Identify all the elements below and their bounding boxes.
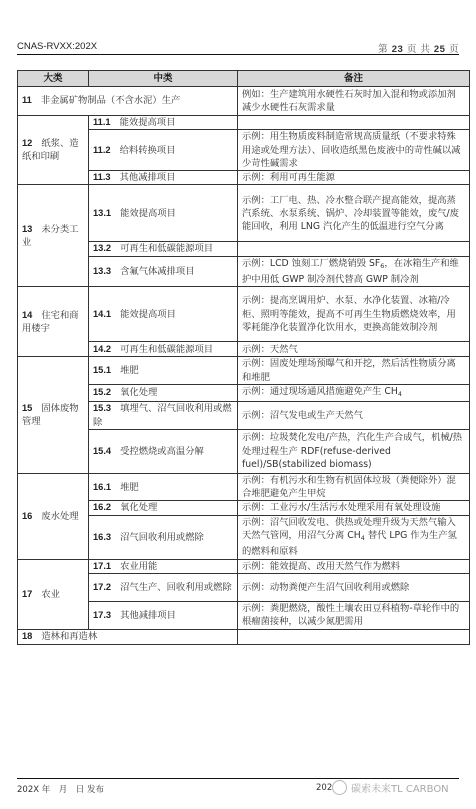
footer-right-text: 202	[316, 783, 332, 793]
watermark-text: 碳索未来TL CARBON	[351, 780, 449, 795]
category-cell: 18造林和再造林	[18, 629, 238, 644]
note-cell: 示例：固废处理场预曝气和开挖，然后活性物质分离和堆肥	[238, 357, 470, 385]
subcategory-label: 给料转换项目	[120, 145, 176, 156]
category-label: 废水处理	[41, 511, 78, 522]
document-id: CNAS-RVXX:202X	[17, 41, 97, 52]
subcategory-number: 13.2	[93, 243, 111, 253]
note-cell: 示例：工业污水/生活污水处理采用有氧处理设施	[238, 501, 470, 515]
column-header-middle: 中类	[89, 71, 238, 87]
table-row: 17农业 17.1农业用能 示例：能效提高、改用天然气作为燃料	[18, 559, 470, 573]
subcategory-label: 受控燃烧或高温分解	[120, 446, 204, 457]
category-label: 农业	[41, 589, 60, 600]
subcategory-cell: 16.3沼气回收利用或燃除	[89, 515, 238, 559]
note-cell: 例如：生产建筑用水硬性石灰时加入混和物或添加剂减少水硬性石灰需求量	[238, 87, 470, 116]
subcategory-number: 17.1	[93, 561, 111, 571]
subcategory-label: 能效提高项目	[120, 208, 176, 219]
subcategory-number: 16.3	[93, 532, 111, 542]
subcategory-cell: 17.3其他减排项目	[89, 601, 238, 629]
subcategory-label: 可再生和低碳能源项目	[120, 243, 213, 254]
subcategory-number: 17.2	[93, 582, 111, 592]
category-cell: 17农业	[18, 559, 89, 629]
subcategory-label: 可再生和低碳能源项目	[120, 344, 213, 355]
column-header-note: 备注	[238, 71, 470, 87]
category-number: 17	[22, 589, 32, 599]
subcategory-cell: 14.1能效提高项目	[89, 287, 238, 342]
note-cell: 示例：利用可再生能源	[238, 171, 470, 185]
subcategory-label: 农业用能	[120, 561, 157, 572]
category-number: 12	[22, 138, 32, 148]
subcategory-number: 14.2	[93, 344, 111, 354]
page-indicator: 第 23 页 共 25 页	[378, 41, 459, 55]
category-cell: 11非金属矿物制品（不含水泥）生产	[18, 87, 238, 116]
note-cell: 示例：沼气回收发电、供热或处理升级为天然气输入天然气管网，用沼气分离 CH4 替…	[238, 515, 470, 559]
note-cell: 示例：垃圾焚化发电/产热，汽化生产合成气，机械/热处理过程生产 RDF(refu…	[238, 429, 470, 473]
subcategory-cell: 17.2沼气生产、回收利用或燃除	[89, 573, 238, 601]
subcategory-number: 14.1	[93, 309, 111, 319]
subcategory-number: 15.4	[93, 446, 111, 456]
note-cell: 示例：能效提高、改用天然气作为燃料	[238, 559, 470, 573]
subcategory-number: 11.2	[93, 145, 111, 155]
subcategory-cell: 13.3含氟气体减排项目	[89, 256, 238, 287]
subcategory-number: 11.1	[93, 117, 111, 127]
subcategory-number: 13.3	[93, 266, 111, 276]
subcategory-number: 16.2	[93, 502, 111, 512]
subcategory-label: 氧化处理	[120, 502, 157, 513]
category-number: 18	[22, 631, 32, 641]
category-number: 16	[22, 511, 32, 521]
note-cell	[238, 242, 470, 256]
category-label: 非金属矿物制品（不含水泥）生产	[41, 95, 180, 106]
category-cell: 14住宅和商用楼宇	[18, 287, 89, 357]
subcategory-label: 氧化处理	[120, 387, 157, 398]
table-header-row: 大类 中类 备注	[18, 71, 470, 87]
subcategory-label: 沼气回收利用或燃除	[120, 532, 204, 543]
table-row: 12纸浆、造纸和印刷 11.1能效提高项目	[18, 116, 470, 130]
subcategory-number: 15.1	[93, 365, 111, 375]
subcategory-number: 17.3	[93, 610, 111, 620]
category-cell: 12纸浆、造纸和印刷	[18, 116, 89, 185]
subcategory-cell: 15.3填埋气、沼气回收利用或燃除	[89, 402, 238, 430]
subcategory-cell: 11.1能效提高项目	[89, 116, 238, 130]
subcategory-label: 沼气生产、回收利用或燃除	[120, 582, 232, 593]
header-rule	[17, 54, 459, 55]
subcategory-label: 能效提高项目	[120, 309, 176, 320]
category-cell: 16废水处理	[18, 473, 89, 559]
table-row: 15固体废物管理 15.1堆肥 示例：固废处理场预曝气和开挖，然后活性物质分离和…	[18, 357, 470, 385]
footer-rule	[17, 778, 459, 779]
subcategory-cell: 16.1堆肥	[89, 473, 238, 501]
table-row: 16废水处理 16.1堆肥 示例：有机污水和生物有机固体垃圾（粪便除外）混合堆肥…	[18, 473, 470, 501]
subcategory-cell: 13.2可再生和低碳能源项目	[89, 242, 238, 256]
subcategory-label: 堆肥	[120, 482, 139, 493]
table-row: 14住宅和商用楼宇 14.1能效提高项目 示例：提高烹调用炉、水泵、水净化装置、…	[18, 287, 470, 342]
subcategory-label: 能效提高项目	[120, 117, 176, 128]
wechat-icon	[332, 780, 347, 795]
subcategory-cell: 14.2可再生和低碳能源项目	[89, 342, 238, 357]
category-number: 14	[22, 310, 32, 320]
note-text: 示例：通过现场通风措施避免产生 CH	[242, 386, 398, 397]
watermark: 碳索未来TL CARBON	[332, 780, 449, 795]
note-cell: 示例：天然气	[238, 342, 470, 357]
category-number: 11	[22, 95, 32, 105]
note-cell	[238, 116, 470, 130]
subcategory-label: 填埋气、沼气回收利用或燃除	[93, 403, 232, 427]
publish-date: 202X 年 月 日 发布	[17, 783, 104, 795]
note-cell: 示例：用生物质废料制造常规高质量纸（不要求特殊用途或处理方法）、回收造纸黑色废液…	[238, 130, 470, 171]
subcategory-number: 15.3	[93, 403, 111, 413]
category-number: 15	[22, 403, 32, 413]
note-cell: 示例：通过现场通风措施避免产生 CH4	[238, 384, 470, 401]
subcategory-cell: 15.2氧化处理	[89, 384, 238, 401]
note-text: 示例：LCD 蚀刻工厂燃烧销毁 SF	[242, 258, 380, 269]
note-cell: 示例：提高烹调用炉、水泵、水净化装置、冰箱/冷柜、照明等能效，提高不可再生生物质…	[238, 287, 470, 342]
table-row: 11非金属矿物制品（不含水泥）生产 例如：生产建筑用水硬性石灰时加入混和物或添加…	[18, 87, 470, 116]
subcategory-label: 其他减排项目	[120, 172, 176, 183]
table-row: 18造林和再造林	[18, 629, 470, 644]
classification-table: 大类 中类 备注 11非金属矿物制品（不含水泥）生产 例如：生产建筑用水硬性石灰…	[17, 70, 470, 645]
note-cell: 示例：粪肥燃烧，酸性土壤农田豆科植物-草轮作中的根瘤菌接种，以减少氮肥需用	[238, 601, 470, 629]
note-subscript: 4	[398, 390, 402, 398]
subcategory-number: 16.1	[93, 482, 111, 492]
category-cell: 15固体废物管理	[18, 357, 89, 473]
category-cell: 13未分类工业	[18, 185, 89, 287]
subcategory-number: 15.2	[93, 387, 111, 397]
subcategory-label: 堆肥	[120, 365, 139, 376]
subcategory-cell: 15.1堆肥	[89, 357, 238, 385]
subcategory-cell: 11.3其他减排项目	[89, 171, 238, 185]
subcategory-cell: 17.1农业用能	[89, 559, 238, 573]
note-cell: 示例：LCD 蚀刻工厂燃烧销毁 SF6，在冰箱生产和维护中用低 GWP 制冷剂代…	[238, 256, 470, 287]
note-cell: 示例：工厂电、热、冷水整合联产提高能效，提高蒸汽系统、水泵系统、锅炉、冷却装置等…	[238, 185, 470, 242]
note-cell: 示例：有机污水和生物有机固体垃圾（粪便除外）混合堆肥避免产生甲烷	[238, 473, 470, 501]
subcategory-cell: 16.2氧化处理	[89, 501, 238, 515]
subcategory-label: 含氟气体减排项目	[120, 266, 194, 277]
column-header-major: 大类	[18, 71, 89, 87]
subcategory-number: 11.3	[93, 172, 111, 182]
subcategory-cell: 13.1能效提高项目	[89, 185, 238, 242]
subcategory-label: 其他减排项目	[120, 610, 176, 621]
subcategory-cell: 15.4受控燃烧或高温分解	[89, 429, 238, 473]
category-label: 造林和再造林	[41, 631, 97, 642]
subcategory-number: 13.1	[93, 208, 111, 218]
note-cell: 示例：沼气发电或生产天然气	[238, 402, 470, 430]
note-cell: 示例：动物粪便产生沼气回收利用或燃除	[238, 573, 470, 601]
table-row: 13未分类工业 13.1能效提高项目 示例：工厂电、热、冷水整合联产提高能效，提…	[18, 185, 470, 242]
note-cell	[238, 629, 470, 644]
category-number: 13	[22, 224, 32, 234]
subcategory-cell: 11.2给料转换项目	[89, 130, 238, 171]
